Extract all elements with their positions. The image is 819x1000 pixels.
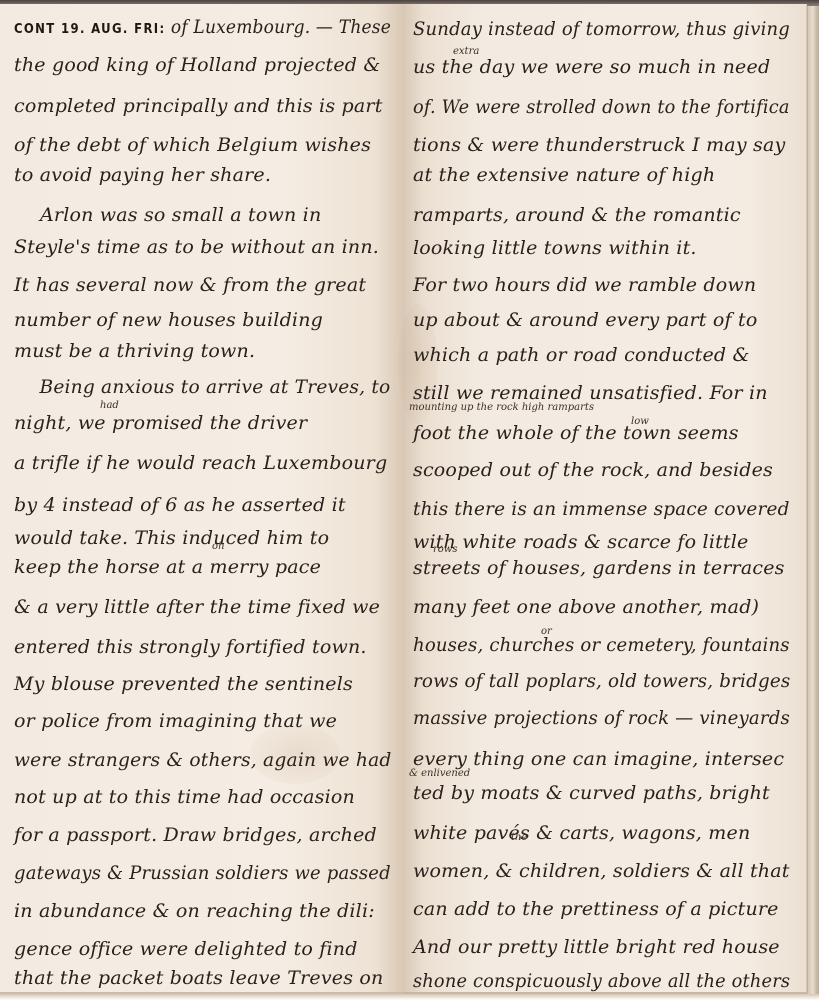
right-line-12: foot the whole of the town seems [413,422,739,444]
left-line-23: for a passport. Draw bridges, arched [14,824,377,846]
entry-date-header: CONT 19. AUG. FRI: [14,22,165,37]
right-line-13: scooped out of the rock, and besides [413,459,773,481]
left-line-6: Arlon was so small a town in [14,204,321,226]
left-line-26: gence office were delighted to find [14,938,358,960]
right-line-26: And our pretty little bright red house [413,936,780,958]
right-line-25: can add to the prettiness of a picture [413,898,779,920]
book-bottom-edge [0,994,819,1000]
left-line-27: that the packet boats leave Treves on [14,967,383,989]
right-line-5: at the extensive nature of high [413,164,715,186]
left-interlinear-on: on [212,541,224,552]
right-line-22: ted by moats & curved paths, bright [413,782,770,804]
left-line-5: to avoid paying her share. [14,164,271,186]
right-line-11: still we remained unsatisfied. For in [413,382,768,404]
left-line-22: not up at to this time had occasion [14,786,355,808]
right-line-24: women, & children, soldiers & all that [413,860,790,882]
right-line-23: white pavés & carts, wagons, men [413,822,750,844]
right-line-21: every thing one can imagine, intersec [413,748,784,770]
left-line-21: were strangers & others, again we had [14,749,392,771]
right-line-4: tions & were thunderstruck I may say [413,134,785,156]
journal-spread: CONT 19. AUG. FRI:of Luxembourg. — These… [0,0,819,1000]
right-line-17: many feet one above another, mad) [413,596,759,618]
left-line-3: completed principally and this is part [14,95,383,117]
right-line-2: us the day we were so much in need [413,56,770,78]
right-interlinear-enlivened: & enlivened [409,768,470,779]
right-line-8: For two hours did we ramble down [413,274,756,296]
left-line-8: It has several now & from the great [14,274,366,296]
right-line-10: which a path or road conducted & [413,344,750,366]
left-line-15: would take. This induced him to [14,527,329,549]
right-line-19: rows of tall poplars, old towers, bridge… [413,670,790,692]
right-line-7: looking little towns within it. [413,237,697,259]
left-line-17: & a very little after the time fixed we [14,596,380,618]
left-line-18: entered this strongly fortified town. [14,636,367,658]
left-page-text: CONT 19. AUG. FRI:of Luxembourg. — These… [0,4,403,992]
right-line-9: up about & around every part of to [413,309,757,331]
right-line-15: with white roads & scarce fo little [413,531,748,553]
right-line-20: massive projections of rock — vineyards [413,707,790,729]
left-line-11: Being anxious to arrive at Treves, to [14,376,390,398]
left-line-4: of the debt of which Belgium wishes [14,134,371,156]
left-interlinear-had: had [100,400,119,411]
right-line-16: streets of houses, gardens in terraces [413,557,785,579]
left-line-25: in abundance & on reaching the dili: [14,900,375,922]
left-line-10: must be a thriving town. [14,340,255,362]
book-page-edges [807,6,819,994]
right-interlinear-rows: rows [433,544,458,555]
left-page: CONT 19. AUG. FRI:of Luxembourg. — These… [0,4,403,994]
right-line-3: of. We were strolled down to the fortifi… [413,96,790,118]
right-page: Sunday instead of tomorrow, thus giving … [403,4,807,994]
right-interlinear-mounting: mounting up the rock high ramparts [409,402,594,413]
right-line-14: this there is an immense space covered [413,498,790,520]
left-line-20: or police from imagining that we [14,710,337,732]
right-interlinear-the: the [511,832,527,843]
right-line-18: houses, churches or cemetery, fountains [413,634,790,656]
left-line-12: night, we promised the driver [14,412,307,434]
left-line-9: number of new houses building [14,309,323,331]
left-line-24: gateways & Prussian soldiers we passed [14,862,391,884]
right-page-text: Sunday instead of tomorrow, thus giving … [403,4,806,992]
left-line-7: Steyle's time as to be without an inn. [14,236,379,258]
left-line-2: the good king of Holland projected & [14,54,381,76]
left-line-19: My blouse prevented the sentinels [14,673,353,695]
left-line-1: CONT 19. AUG. FRI:of Luxembourg. — These [14,16,391,38]
right-line-27: shone conspicuously above all the others [413,970,790,992]
right-line-6: ramparts, around & the romantic [413,204,741,226]
left-line-13: a trifle if he would reach Luxembourg [14,452,387,474]
left-line-14: by 4 instead of 6 as he asserted it [14,494,346,516]
right-line-1: Sunday instead of tomorrow, thus giving [413,18,790,40]
left-line-16: keep the horse at a merry pace [14,556,321,578]
